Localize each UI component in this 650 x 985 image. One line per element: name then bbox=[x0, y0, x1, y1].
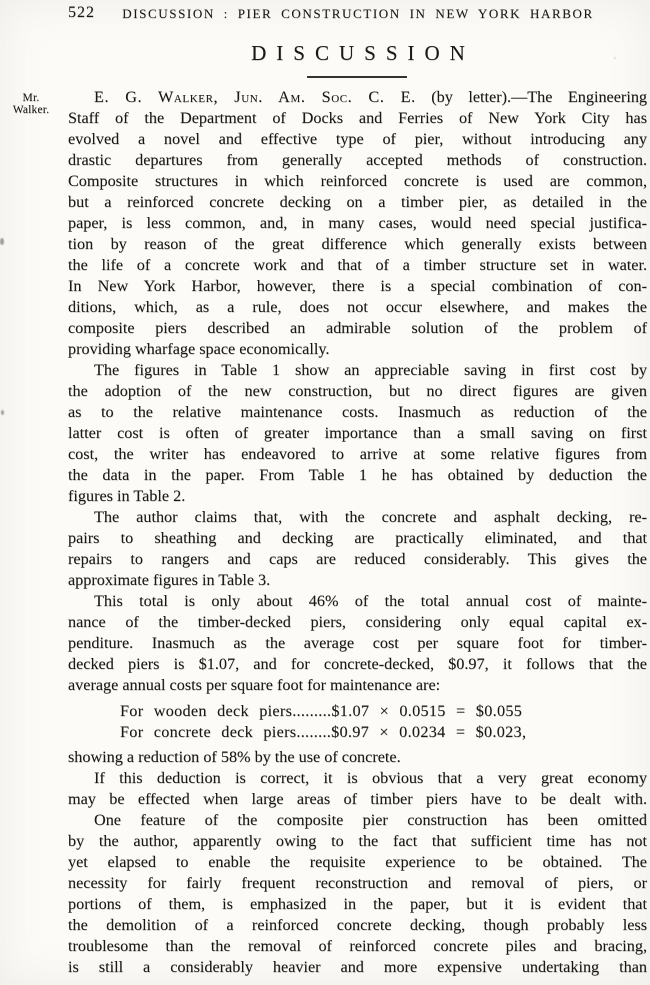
text-line: is still a considerably heavier and more… bbox=[68, 957, 647, 978]
paragraph-showing-reduction: showing a reduction of 58% by the use of… bbox=[68, 747, 647, 768]
text-line: the life of a concrete work and that of … bbox=[68, 255, 647, 276]
formula-block: For wooden deck piers.........$1.07 × 0.… bbox=[120, 701, 647, 743]
paragraph-author-claims: The author claims that, with the concret… bbox=[68, 507, 647, 591]
text-line: but a reinforced concrete decking on a t… bbox=[68, 192, 647, 213]
text-line: figures in Table 2. bbox=[68, 486, 647, 507]
text-segment: (by letter).—The Engineering bbox=[416, 88, 647, 106]
text-line: yet elapsed to enable the requisite expe… bbox=[68, 852, 647, 873]
text-line: decked piers is $1.07, and for concrete-… bbox=[68, 654, 647, 675]
text-line: the data in the paper. From Table 1 he h… bbox=[68, 465, 647, 486]
text-line: by the author, apparently owing to the f… bbox=[68, 831, 647, 852]
text-line: pairs to sheathing and decking are pract… bbox=[68, 528, 647, 549]
scan-speck bbox=[614, 57, 616, 59]
text-line: latter cost is often of greater importan… bbox=[68, 423, 647, 444]
running-header: 522 DISCUSSION : PIER CONSTRUCTION IN NE… bbox=[68, 6, 648, 22]
margin-note-line-1: Mr. bbox=[5, 92, 57, 104]
text-line: showing a reduction of 58% by the use of… bbox=[68, 747, 647, 768]
text-line: One feature of the composite pier constr… bbox=[68, 810, 647, 831]
text-line: providing wharfage space economically. bbox=[68, 339, 647, 360]
text-line: portions of them, is emphasized in the p… bbox=[68, 894, 647, 915]
text-line: necessity for fairly frequent reconstruc… bbox=[68, 873, 647, 894]
text-line: Composite structures in which reinforced… bbox=[68, 171, 647, 192]
text-line: composite piers described an admirable s… bbox=[68, 318, 647, 339]
paragraph-omitted-feature: One feature of the composite pier constr… bbox=[68, 810, 647, 978]
page-number: 522 bbox=[68, 4, 95, 22]
text-line: The author claims that, with the concret… bbox=[68, 507, 647, 528]
text-line: ditions, which, as a rule, does not occu… bbox=[68, 297, 647, 318]
paragraph-total-46: This total is only about 46% of the tota… bbox=[68, 591, 647, 696]
text-line: E. G. Walker, Jun. Am. Soc. C. E. (by le… bbox=[68, 87, 647, 108]
text-line: repairs to rangers and caps are reduced … bbox=[68, 549, 647, 570]
formula-line: For concrete deck piers........$0.97 × 0… bbox=[120, 722, 647, 743]
text-line: the adoption of the new construction, bu… bbox=[68, 381, 647, 402]
text-line: If this deduction is correct, it is obvi… bbox=[68, 768, 647, 789]
text-line: tion by reason of the great difference w… bbox=[68, 234, 647, 255]
speaker-name: E. G. Walker, Jun. Am. Soc. C. E. bbox=[94, 88, 416, 106]
text-line: as to the relative maintenance costs. In… bbox=[68, 402, 647, 423]
text-line: evolved a novel and effective type of pi… bbox=[68, 129, 647, 150]
text-line: drastic departures from generally accept… bbox=[68, 150, 647, 171]
text-line: the demolition of a reinforced concrete … bbox=[68, 915, 647, 936]
text-line: may be effected when large areas of timb… bbox=[68, 789, 647, 810]
running-header-title: DISCUSSION : PIER CONSTRUCTION IN NEW YO… bbox=[122, 6, 594, 21]
text-block: E. G. Walker, Jun. Am. Soc. C. E. (by le… bbox=[68, 87, 647, 978]
text-line: Staff of the Department of Docks and Fer… bbox=[68, 108, 647, 129]
text-line: nance of the timber-decked piers, consid… bbox=[68, 612, 647, 633]
text-line: This total is only about 46% of the tota… bbox=[68, 591, 647, 612]
text-line: paper, is less common, and, in many case… bbox=[68, 213, 647, 234]
scan-speck bbox=[0, 238, 4, 245]
scan-speck bbox=[1, 410, 4, 415]
document-page: 522 DISCUSSION : PIER CONSTRUCTION IN NE… bbox=[0, 0, 650, 985]
paragraph-opening: E. G. Walker, Jun. Am. Soc. C. E. (by le… bbox=[68, 87, 647, 360]
text-line: troublesome than the removal of reinforc… bbox=[68, 936, 647, 957]
text-line: average annual costs per square foot for… bbox=[68, 675, 647, 696]
text-line: penditure. Inasmuch as the average cost … bbox=[68, 633, 647, 654]
title-rule bbox=[307, 76, 407, 78]
margin-note-line-2: Walker. bbox=[5, 104, 57, 116]
formula-line: For wooden deck piers.........$1.07 × 0.… bbox=[120, 701, 647, 722]
text-line: cost, the writer has endeavored to arriv… bbox=[68, 444, 647, 465]
text-line: The figures in Table 1 show an appreciab… bbox=[68, 360, 647, 381]
section-title: DISCUSSION bbox=[68, 41, 648, 66]
text-line: approximate figures in Table 3. bbox=[68, 570, 647, 591]
margin-note-speaker: Mr. Walker. bbox=[5, 92, 57, 116]
paragraph-table1: The figures in Table 1 show an appreciab… bbox=[68, 360, 647, 507]
paragraph-deduction: If this deduction is correct, it is obvi… bbox=[68, 768, 647, 810]
text-line: In New York Harbor, however, there is a … bbox=[68, 276, 647, 297]
